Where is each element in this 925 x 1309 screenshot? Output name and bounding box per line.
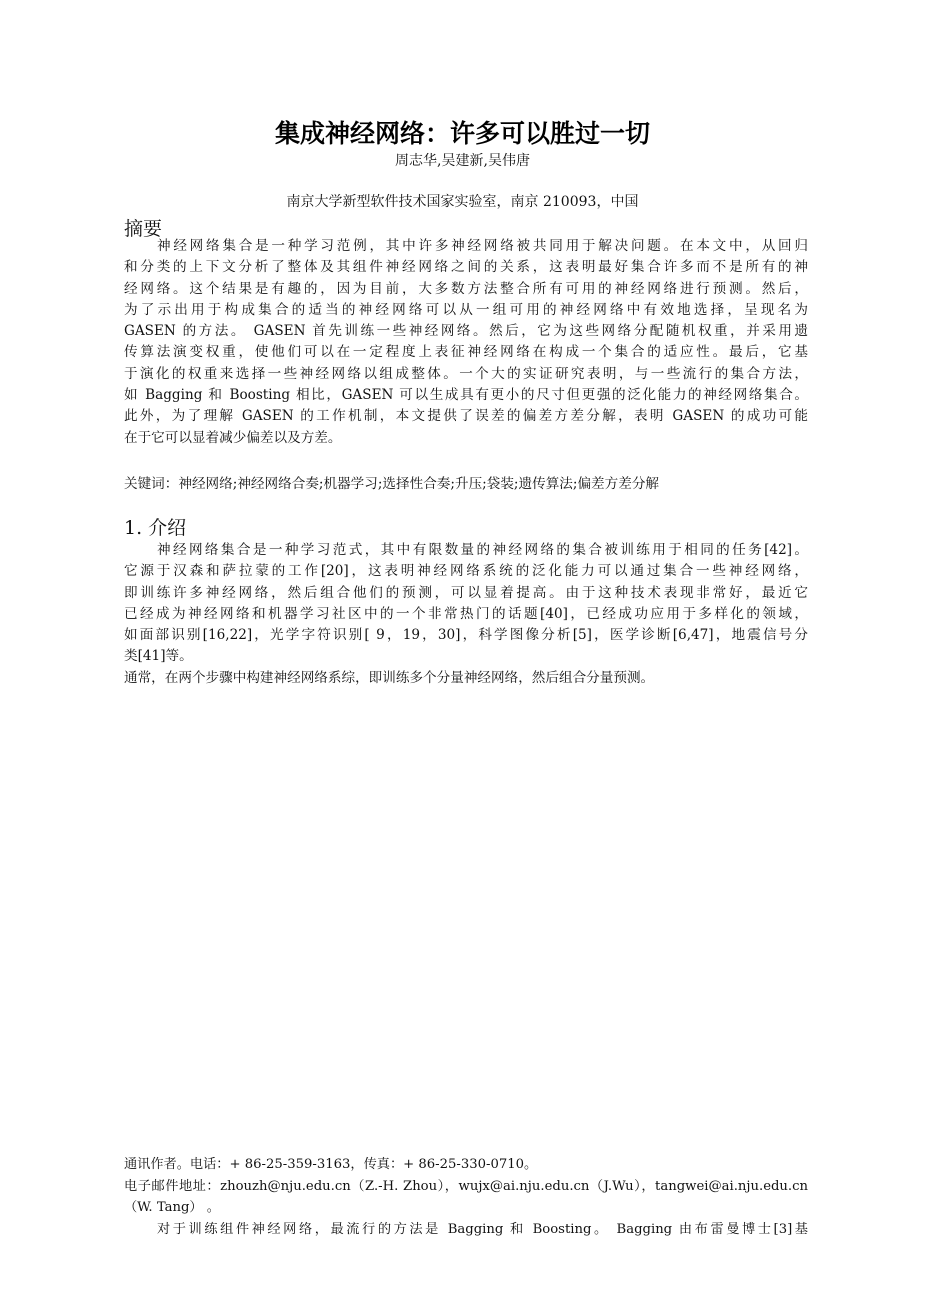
abstract-line: GASEN 的方法。 GASEN 首先训练一些神经网络。然后，它为这些网络分配随… (124, 321, 808, 342)
intro-paragraph-2: 通常，在两个步骤中构建神经网络系综，即训练多个分量神经网络，然后组合分量预测。 (124, 668, 808, 689)
continuation-text: 对于训练组件神经网络，最流行的方法是 Bagging 和 Boosting。 B… (124, 1219, 808, 1241)
abstract-line: 如 Bagging 和 Boosting 相比，GASEN 可以生成具有更小的尺… (124, 385, 808, 406)
introduction-heading: 1. 介绍 (124, 513, 186, 540)
introduction-body: 神经网络集合是一种学习范式，其中有限数量的神经网络的集合被训练用于相同的任务[4… (124, 540, 808, 689)
intro-line: 如面部识别[16,22]，光学字符识别[ 9，19，30]，科学图像分析[5]，… (124, 625, 808, 646)
abstract-body: 神经网络集合是一种学习范例，其中许多神经网络被共同用于解决问题。在本文中，从回归… (124, 236, 808, 449)
abstract-line: 经网络。这个结果是有趣的，因为目前，大多数方法整合所有可用的神经网络进行预测。然… (124, 279, 808, 300)
paper-affiliation: 南京大学新型软件技术国家实验室，南京 210093，中国 (0, 191, 925, 211)
abstract-line: 于演化的权重来选择一些神经网络以组成整体。一个大的实证研究表明，与一些流行的集合… (124, 364, 808, 385)
abstract-line: 和分类的上下文分析了整体及其组件神经网络之间的关系，这表明最好集合许多而不是所有… (124, 257, 808, 278)
intro-line: 已经成为神经网络和机器学习社区中的一个非常热门的话题[40]，已经成功应用于多样… (124, 604, 808, 625)
abstract-line: 传算法演变权重，使他们可以在一定程度上表征神经网络在构成一个集合的适应性。最后，… (124, 342, 808, 363)
paper-authors: 周志华,吴建新,吴伟唐 (0, 150, 925, 170)
abstract-line: 神经网络集合是一种学习范例，其中许多神经网络被共同用于解决问题。在本文中，从回归 (124, 236, 808, 257)
keywords: 关键词：神经网络;神经网络合奏;机器学习;选择性合奏;升压;袋装;遗传算法;偏差… (124, 472, 659, 492)
abstract-line: 在于它可以显着减少偏差以及方差。 (124, 428, 808, 449)
footnote-email-cont: （W. Tang） 。 (124, 1197, 808, 1219)
footnote-email: 电子邮件地址：zhouzh@nju.edu.cn（Z.-H. Zhou），wuj… (124, 1176, 808, 1198)
abstract-line: 此外，为了理解 GASEN 的工作机制，本文提供了误差的偏差方差分解，表明 GA… (124, 406, 808, 427)
abstract-line: 为了示出用于构成集合的适当的神经网络可以从一组可用的神经网络中有效地选择，呈现名… (124, 300, 808, 321)
footnote-corresponding: 通讯作者。电话：+ 86-25-359-3163，传真：+ 86-25-330-… (124, 1154, 808, 1176)
paper-title: 集成神经网络：许多可以胜过一切 (0, 114, 925, 150)
intro-line: 即训练许多神经网络，然后组合他们的预测，可以显着提高。由于这种技术表现非常好，最… (124, 583, 808, 604)
intro-line: 类[41]等。 (124, 646, 808, 667)
intro-line: 它源于汉森和萨拉蒙的工作[20]，这表明神经网络系统的泛化能力可以通过集合一些神… (124, 561, 808, 582)
intro-line: 神经网络集合是一种学习范式，其中有限数量的神经网络的集合被训练用于相同的任务[4… (124, 540, 808, 561)
footnote: 通讯作者。电话：+ 86-25-359-3163，传真：+ 86-25-330-… (124, 1154, 808, 1240)
